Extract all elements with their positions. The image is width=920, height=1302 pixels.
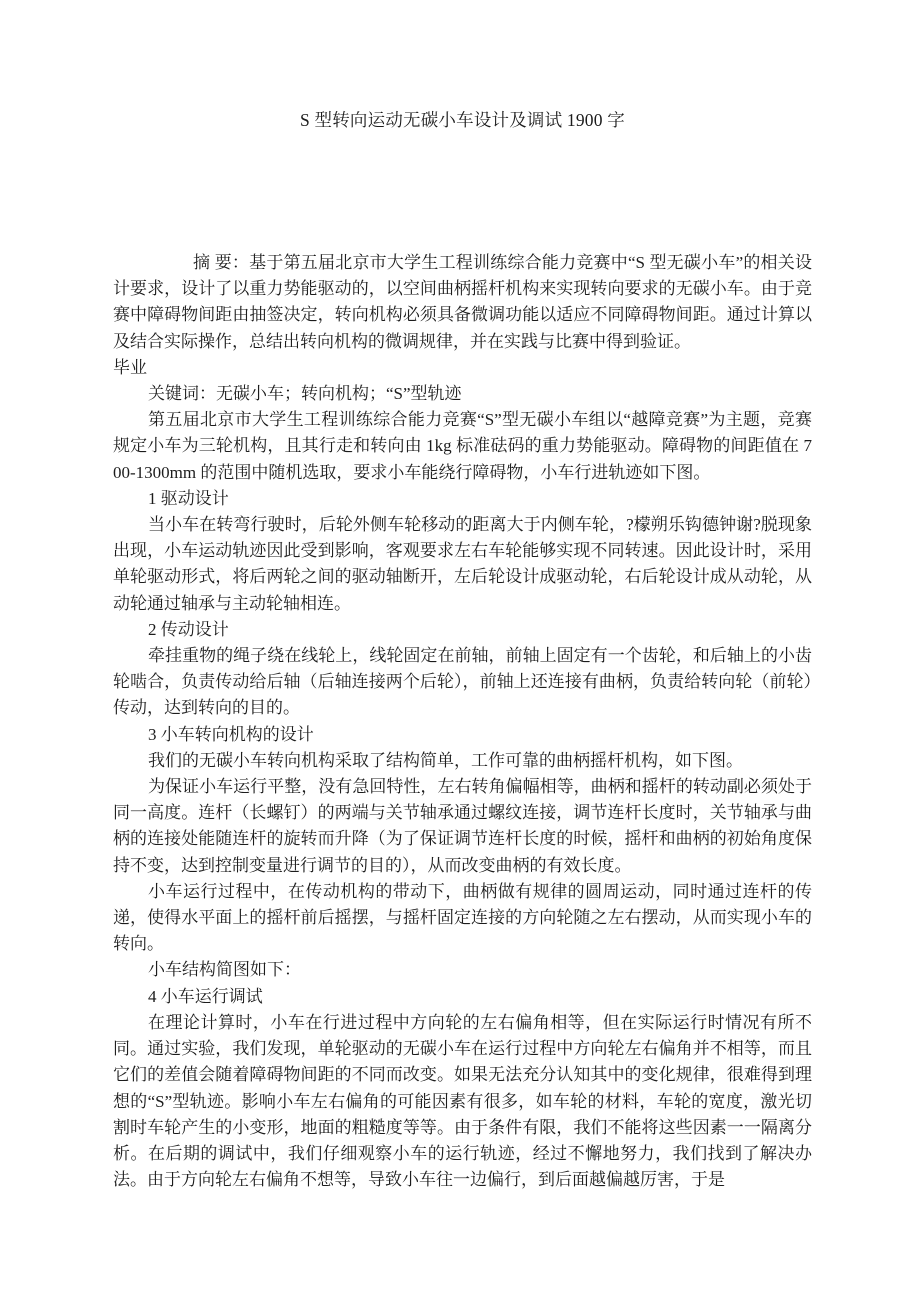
document-page: S 型转向运动无碳小车设计及调试 1900 字 摘 要：基于第五届北京市大学生工… [0, 0, 920, 1302]
abstract-paragraph: 摘 要：基于第五届北京市大学生工程训练综合能力竞赛中“S 型无碳小车”的相关设计… [113, 250, 812, 355]
structure-diagram-note: 小车结构简图如下： [113, 957, 812, 983]
paragraph-steering-motion: 小车运行过程中，在传动机构的带动下，曲柄做有规律的圆周运动，同时通过连杆的传递，… [113, 879, 812, 958]
paragraph-debugging: 在理论计算时，小车在行进过程中方向轮的左右偏角相等，但在实际运行时情况有所不同。… [113, 1010, 812, 1193]
intro-paragraph: 第五届北京市大学生工程训练综合能力竞赛“S”型无碳小车组以“越障竞赛”为主题，竞… [113, 407, 812, 486]
heading-3-steering-design: 3 小车转向机构的设计 [113, 722, 812, 748]
keywords-line: 关键词：无碳小车；转向机构；“S”型轨迹 [113, 381, 812, 407]
heading-2-transmission-design: 2 传动设计 [113, 617, 812, 643]
title-body-gap [113, 134, 812, 250]
paragraph-drive-design: 当小车在转弯行驶时，后轮外侧车轮移动的距离大于内侧车轮，?檬朔乐钩德钟谢?脱现象… [113, 512, 812, 617]
heading-4-debugging: 4 小车运行调试 [113, 984, 812, 1010]
paragraph-steering-detail: 为保证小车运行平整，没有急回特性，左右转角偏幅相等，曲柄和摇杆的转动副必须处于同… [113, 774, 812, 879]
document-title: S 型转向运动无碳小车设计及调试 1900 字 [113, 106, 812, 134]
stray-line-biye: 毕业 [113, 355, 812, 381]
paragraph-steering-overview: 我们的无碳小车转向机构采取了结构简单，工作可靠的曲柄摇杆机构，如下图。 [113, 748, 812, 774]
paragraph-transmission-design: 牵挂重物的绳子绕在线轮上，线轮固定在前轴，前轴上固定有一个齿轮，和后轴上的小齿轮… [113, 643, 812, 722]
heading-1-drive-design: 1 驱动设计 [113, 486, 812, 512]
